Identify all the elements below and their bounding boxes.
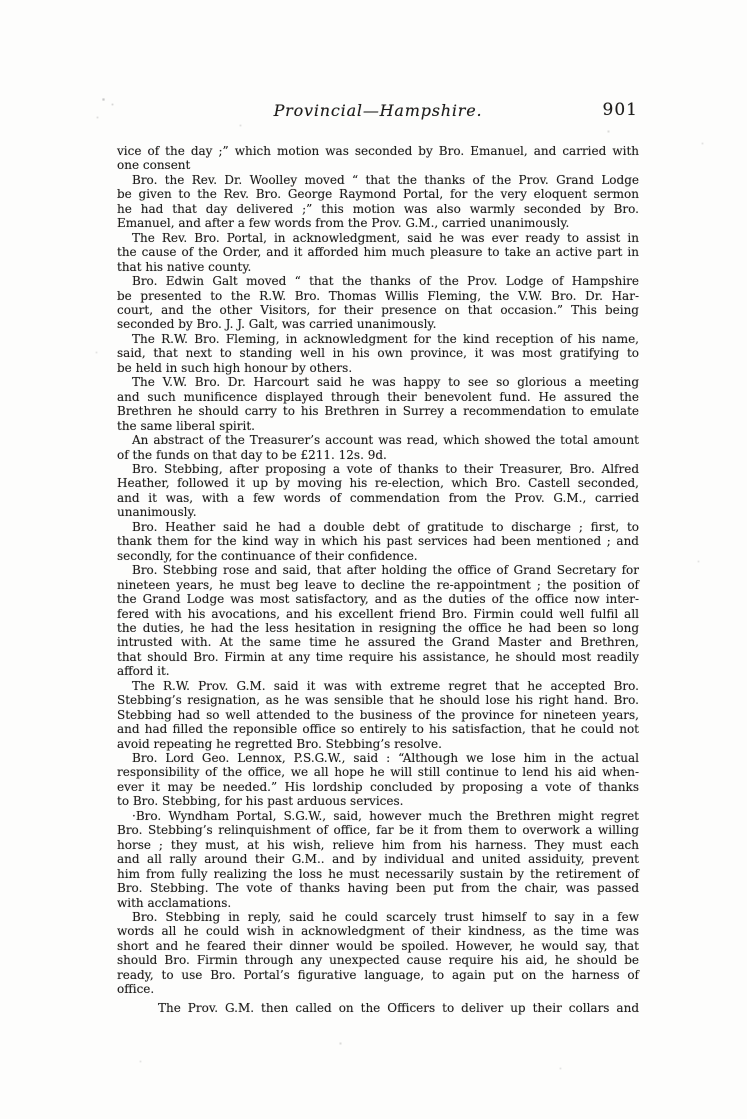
text-line: Bro. Stebbing in reply, said he could sc… [117,910,639,924]
text-line: fered with his avocations, and his excel… [117,607,639,621]
paragraph: Bro. Lord Geo. Lennox, P.S.G.W., said : … [117,751,639,809]
text-line: the cause of the Order, and it afforded … [117,245,639,259]
scan-noise [0,0,1,1]
running-title: Provincial—Hampshire. [117,101,639,120]
text-line: nineteen years, he must beg leave to dec… [117,578,639,592]
text-line: Heather, followed it up by moving his re… [117,476,639,490]
text-line: him from fully realizing the loss he mus… [117,867,639,881]
paragraph: The Prov. G.M. then called on the Office… [117,1001,639,1015]
text-line: words all he could wish in acknowledgmen… [117,924,639,938]
document-body: vice of the day ;” which motion was seco… [117,144,639,1015]
text-line: be given to the Rev. Bro. George Raymond… [117,187,639,201]
text-line: be presented to the R.W. Bro. Thomas Wil… [117,289,639,303]
text-line: Bro. Heather said he had a double debt o… [117,520,639,534]
text-line: be held in such high honour by others. [117,361,639,375]
text-line: intrusted with. At the same time he assu… [117,635,639,649]
paragraph: vice of the day ;” which motion was seco… [117,144,639,173]
paragraph: Bro. Stebbing in reply, said he could sc… [117,910,639,997]
text-line: to Bro. Stebbing, for his past arduous s… [117,794,639,808]
text-line: should Bro. Firmin through any unexpecte… [117,953,639,967]
text-line: that should Bro. Firmin at any time requ… [117,650,639,664]
text-line: The R.W. Prov. G.M. said it was with ext… [117,679,639,693]
text-line: office. [117,982,639,996]
text-line: and it was, with a few words of commenda… [117,491,639,505]
text-line: Bro. Stebbing’s relinquishment of office… [117,823,639,837]
text-line: Bro. the Rev. Dr. Woolley moved “ that t… [117,173,639,187]
text-line: and all rally around their G.M.. and by … [117,852,639,866]
text-line: the Grand Lodge was most satisfactory, a… [117,592,639,606]
text-line: The V.W. Bro. Dr. Harcourt said he was h… [117,375,639,389]
text-line: Bro. Stebbing rose and said, that after … [117,563,639,577]
text-line: and had filled the reponsible office so … [117,722,639,736]
text-line: avoid repeating he regretted Bro. Stebbi… [117,737,639,751]
text-line: ever it may be needed.” His lordship con… [117,780,639,794]
text-line: responsibility of the office, we all hop… [117,765,639,779]
text-line: with acclamations. [117,896,639,910]
page-header: Provincial—Hampshire. 901 [117,101,639,123]
text-line: ·Bro. Wyndham Portal, S.G.W., said, howe… [117,809,639,823]
text-line: horse ; they must, at his wish, relieve … [117,838,639,852]
text-line: seconded by Bro. J. J. Galt, was carried… [117,317,639,331]
text-line: Bro. Stebbing. The vote of thanks having… [117,881,639,895]
text-line: The Prov. G.M. then called on the Office… [117,1001,639,1015]
text-line: that his native county. [117,260,639,274]
paragraph: The R.W. Bro. Fleming, in acknowledgment… [117,332,639,375]
text-line: thank them for the kind way in which his… [117,534,639,548]
paragraph: An abstract of the Treasurer’s account w… [117,433,639,462]
text-line: The R.W. Bro. Fleming, in acknowledgment… [117,332,639,346]
paragraph: Bro. Heather said he had a double debt o… [117,520,639,563]
paragraph: Bro. Stebbing rose and said, that after … [117,563,639,679]
paragraph: Bro. the Rev. Dr. Woolley moved “ that t… [117,173,639,231]
text-line: secondly, for the continuance of their c… [117,549,639,563]
text-line: and such munificence displayed through t… [117,390,639,404]
text-line: ready, to use Bro. Portal’s figurative l… [117,968,639,982]
text-line: Bro. Edwin Galt moved “ that the thanks … [117,274,639,288]
text-line: Bro. Stebbing, after proposing a vote of… [117,462,639,476]
paragraph: The V.W. Bro. Dr. Harcourt said he was h… [117,375,639,433]
text-line: one consent [117,158,639,172]
text-line: An abstract of the Treasurer’s account w… [117,433,639,447]
text-line: Brethren he should carry to his Brethren… [117,404,639,418]
text-line: of the funds on that day to be £211. 12s… [117,448,639,462]
paragraph: The R.W. Prov. G.M. said it was with ext… [117,679,639,751]
paragraph: The Rev. Bro. Portal, in acknowledgment,… [117,231,639,274]
text-line: Emanuel, and after a few words from the … [117,216,639,230]
text-line: court, and the other Visitors, for their… [117,303,639,317]
text-line: afford it. [117,664,639,678]
scanned-document-page: Provincial—Hampshire. 901 vice of the da… [0,0,747,1119]
text-line: the duties, he had the less hesitation i… [117,621,639,635]
text-line: short and he feared their dinner would b… [117,939,639,953]
paragraph: ·Bro. Wyndham Portal, S.G.W., said, howe… [117,809,639,910]
text-line: Bro. Lord Geo. Lennox, P.S.G.W., said : … [117,751,639,765]
text-line: the same liberal spirit. [117,419,639,433]
paragraph: Bro. Stebbing, after proposing a vote of… [117,462,639,520]
text-line: he had that day delivered ;” this motion… [117,202,639,216]
text-line: Stebbing’s resignation, as he was sensib… [117,693,639,707]
text-line: Stebbing had so well attended to the bus… [117,708,639,722]
text-line: The Rev. Bro. Portal, in acknowledgment,… [117,231,639,245]
page-number: 901 [603,100,638,120]
text-line: said, that next to standing well in his … [117,346,639,360]
text-line: vice of the day ;” which motion was seco… [117,144,639,158]
text-line: unanimously. [117,505,639,519]
paragraph: Bro. Edwin Galt moved “ that the thanks … [117,274,639,332]
